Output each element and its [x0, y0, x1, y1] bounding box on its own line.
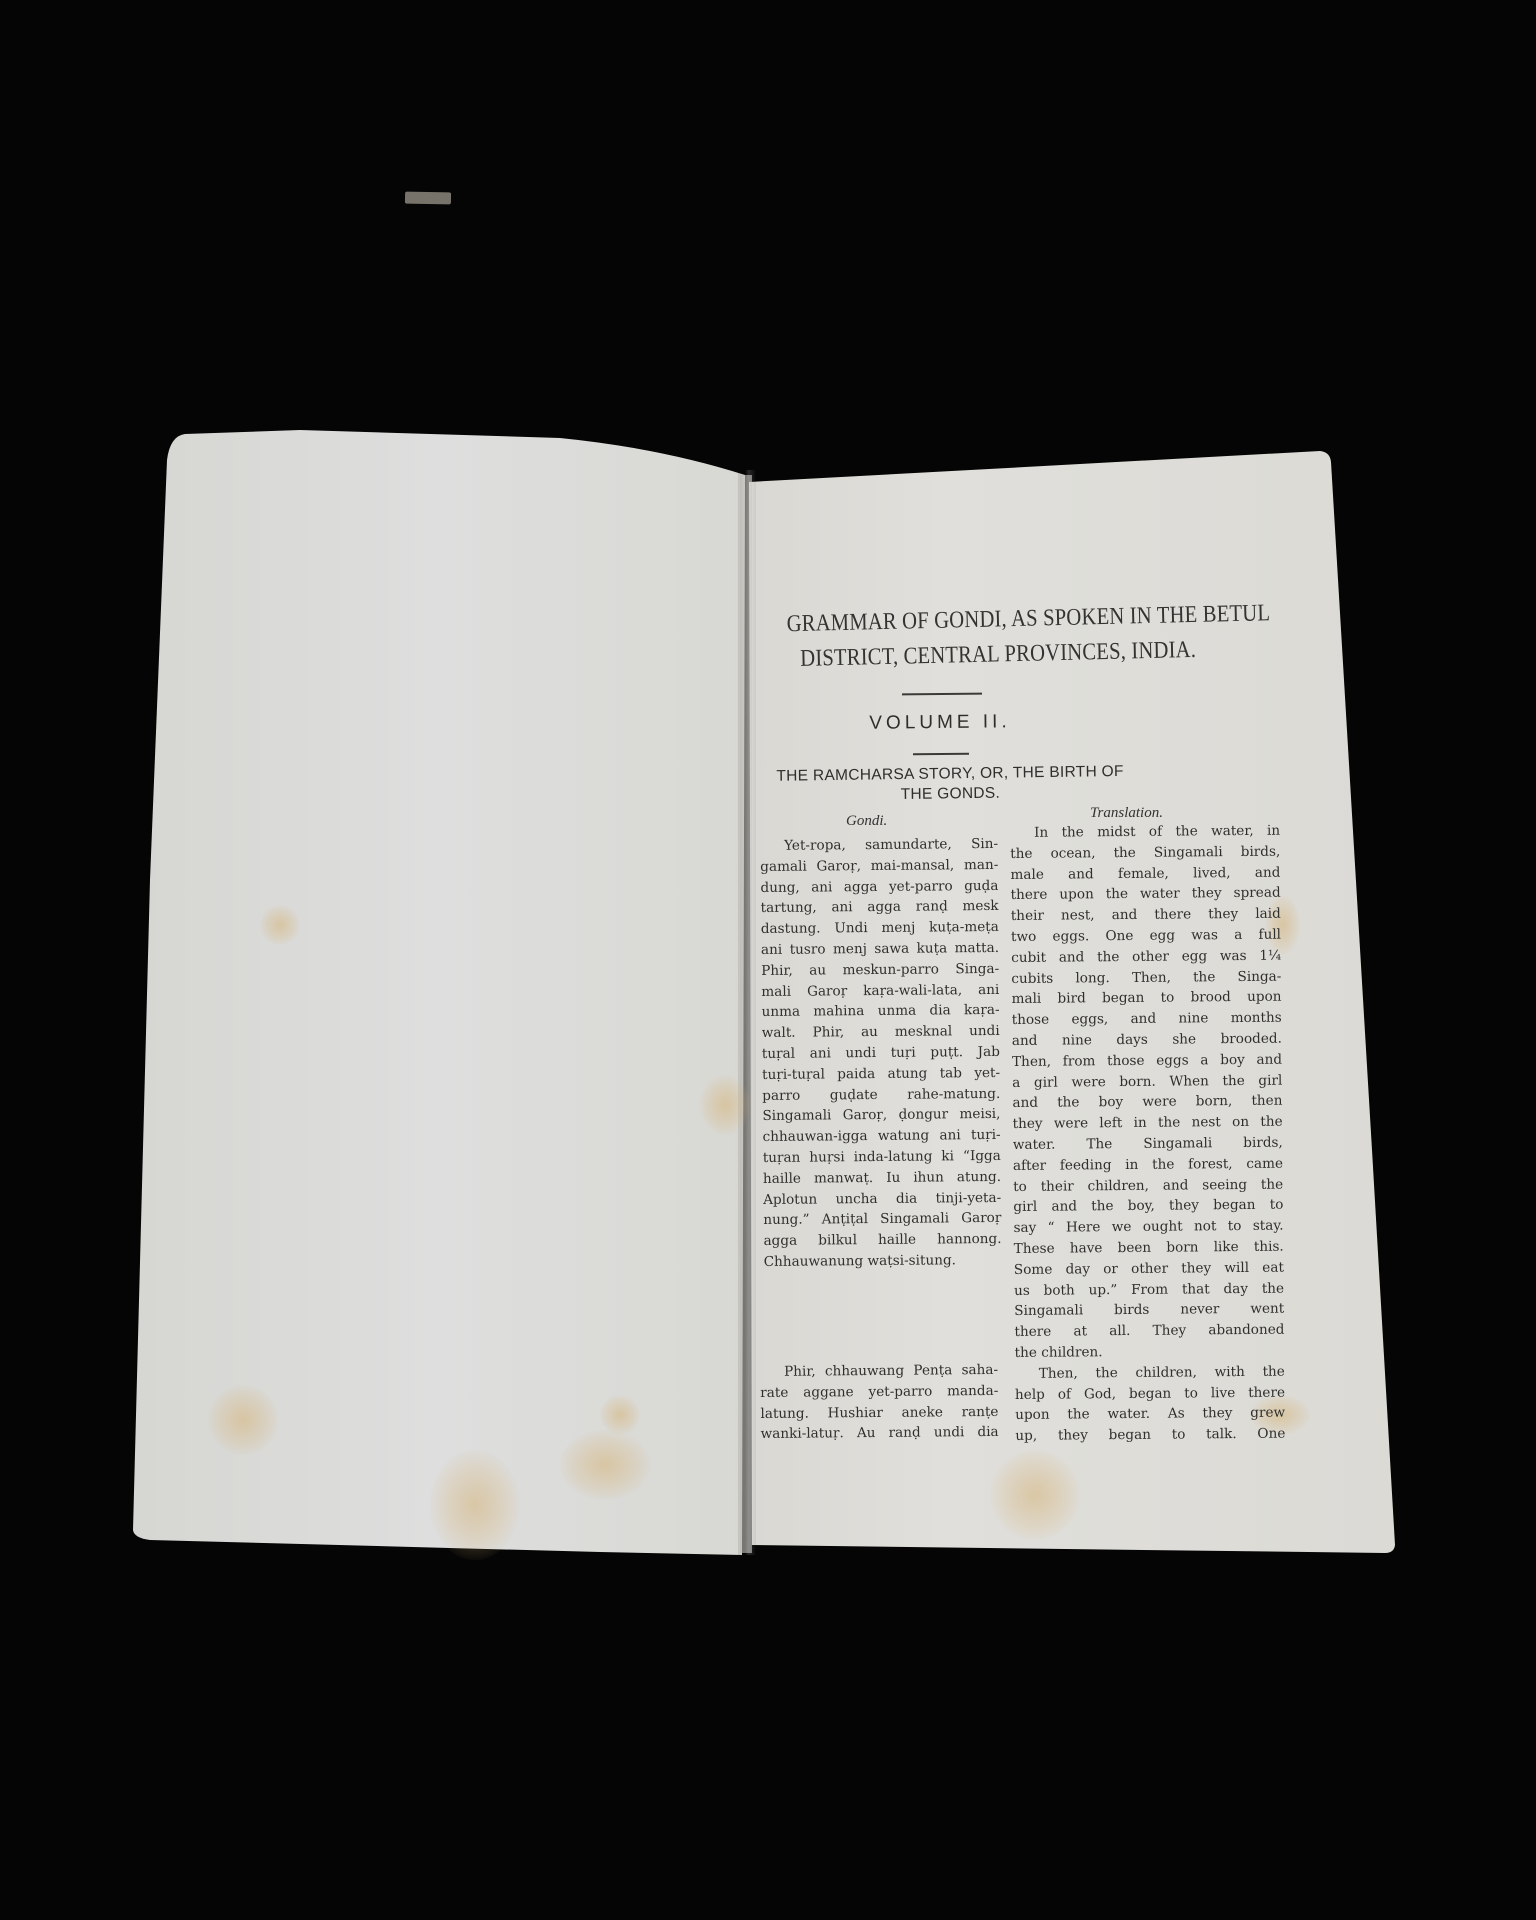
- text-line: rate aggane yet-parro manda-: [760, 1381, 998, 1404]
- text-line: unma mahina unma dia kaṛa-: [761, 1000, 999, 1023]
- text-line: Singamali birds never went: [1014, 1299, 1284, 1322]
- text-line: cubit and the other egg was 1¼: [1011, 945, 1281, 968]
- text-line: latung. Hushiar aneke ranṭe: [760, 1402, 998, 1425]
- text-line: dung, ani agga yet-parro guḍa: [760, 876, 998, 899]
- text-line: a girl were born. When the girl: [1012, 1070, 1282, 1093]
- text-line: to their children, and seeing the: [1013, 1174, 1283, 1197]
- text-line: two eggs. One egg was a full: [1011, 925, 1281, 948]
- text-line: Some day or other they will eat: [1014, 1257, 1284, 1280]
- text-line: tuṛal ani undi tuṛi puṭt. Jab: [762, 1042, 1000, 1065]
- text-line: mali Garoṛ kaṛa-wali-lata, ani: [761, 979, 999, 1002]
- text-line: walt. Phir, au mesknal undi: [762, 1021, 1000, 1044]
- text-line: agga bilkul haille hannong.: [763, 1229, 1001, 1252]
- book-title: GRAMMAR OF GONDI, AS SPOKEN IN THE BETUL…: [752, 597, 1243, 678]
- text-line: tuṛi-tuṛal paida atung tab yet-: [762, 1063, 1000, 1086]
- text-line: ani tusro menj sawa kuṭa matta.: [761, 938, 999, 961]
- text-line: gamali Garoṛ, mai-mansal, man-: [760, 855, 998, 878]
- text-line: wanki-latuṛ. Au ranḍ undi dia: [761, 1422, 999, 1445]
- foxing-stain: [700, 1075, 750, 1135]
- gondi-paragraph-1: Yet-ropa, samundarte, Sin- gamali Garoṛ,…: [760, 834, 1002, 1273]
- gondi-column-heading: Gondi.: [846, 813, 887, 830]
- foxing-stain: [560, 1430, 650, 1500]
- story-heading: THE RAMCHARSA STORY, OR, THE BIRTH OF TH…: [760, 762, 1141, 807]
- text-line: nung.” Anṭiṭal Singamali Garoṛ: [763, 1208, 1001, 1231]
- text-line: say “ Here we ought not to stay.: [1013, 1216, 1283, 1239]
- text-line: and the boy were born, then: [1012, 1091, 1282, 1114]
- text-line: Then, from those eggs a boy and: [1012, 1049, 1282, 1072]
- text-line: dastung. Undi menj kuṭa-meṭa: [761, 917, 999, 940]
- text-line: parro guḍate rahe-matung.: [762, 1083, 1000, 1106]
- text-line: water. The Singamali birds,: [1013, 1133, 1283, 1156]
- text-line: they were left in the nest on the: [1013, 1112, 1283, 1135]
- text-line: Singamali Garoṛ, ḍongur meisi,: [762, 1104, 1000, 1127]
- text-line: after feeding in the forest, came: [1013, 1153, 1283, 1176]
- text-line: Chhauwanung waṭsi-situng.: [764, 1250, 1002, 1273]
- text-line: help of God, began to live there: [1015, 1382, 1285, 1405]
- text-line: haille manwaṭ. Iu ihun atung.: [763, 1167, 1001, 1190]
- text-line: and nine days she brooded.: [1012, 1029, 1282, 1052]
- translation-column-heading: Translation.: [1090, 805, 1163, 822]
- foxing-stain: [600, 1395, 640, 1435]
- text-line: male and female, lived, and: [1010, 862, 1280, 885]
- gondi-paragraph-2: Phir, chhauwang Penṭa saha- rate aggane …: [760, 1360, 999, 1445]
- translation-column: In the midst of the water, in the ocean,…: [1010, 821, 1285, 1447]
- text-line: cubits long. Then, the Singa-: [1011, 966, 1281, 989]
- text-line: there at all. They abandoned: [1014, 1320, 1284, 1343]
- volume-heading: VOLUME II.: [840, 711, 1040, 735]
- text-line: girl and the boy, they began to: [1013, 1195, 1283, 1218]
- text-line: those eggs, and nine months: [1012, 1008, 1282, 1031]
- text-line: Aplotun uncha dia tinji-yeta-: [763, 1187, 1001, 1210]
- foxing-stain: [430, 1450, 520, 1560]
- text-line: tartung, ani agga ranḍ mesk: [761, 896, 999, 919]
- text-line: us both up.” From that day the: [1014, 1278, 1284, 1301]
- text-line: there upon the water they spread: [1011, 883, 1281, 906]
- text-line: upon the water. As they grew: [1015, 1403, 1285, 1426]
- text-line: their nest, and there they laid: [1011, 904, 1281, 927]
- text-line: up, they began to talk. One: [1015, 1424, 1285, 1447]
- text-line: the children.: [1015, 1341, 1285, 1364]
- text-line: These have been born like this.: [1014, 1237, 1284, 1260]
- left-page: [133, 430, 745, 1555]
- text-line: tuṛan huṛsi inda-latung ki “Igga: [763, 1146, 1001, 1169]
- foxing-stain: [990, 1450, 1080, 1540]
- text-line: mali bird began to brood upon: [1011, 987, 1281, 1010]
- foxing-stain: [208, 1385, 278, 1455]
- text-line: chhauwan-igga watung ani tuṛi-: [763, 1125, 1001, 1148]
- text-line: Yet-ropa, samundarte, Sin-: [760, 834, 998, 857]
- text-line: Phir, au meskun-parro Singa-: [761, 959, 999, 982]
- text-line: Then, the children, with the: [1015, 1361, 1285, 1384]
- text-line: In the midst of the water, in: [1010, 821, 1280, 844]
- text-line: the ocean, the Singamali birds,: [1010, 841, 1280, 864]
- text-line: Phir, chhauwang Penṭa saha-: [760, 1360, 998, 1383]
- foxing-stain: [260, 905, 300, 945]
